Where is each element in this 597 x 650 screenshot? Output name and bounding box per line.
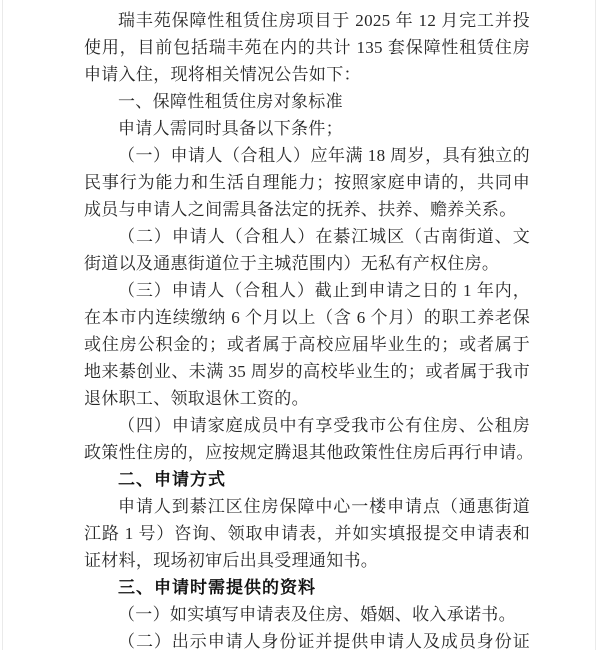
- notice-line: （一）申请人（合租人）应年满 18 周岁，具有独立的: [84, 142, 530, 169]
- notice-line: 证材料，现场初审后出具受理通知书。: [84, 547, 530, 574]
- notice-line: 或住房公积金的；或者属于高校应届毕业生的；或者属于外: [84, 331, 530, 358]
- notice-line: 瑞丰苑保障性租赁住房项目于 2025 年 12 月完工并投入: [84, 7, 530, 34]
- notice-body: 瑞丰苑保障性租赁住房项目于 2025 年 12 月完工并投入 使用，目前包括瑞丰…: [84, 7, 530, 650]
- notice-line: 江路 1 号）咨询、领取申请表，并如实填报提交申请表和佐: [84, 520, 530, 547]
- page-right-edge-line: [595, 0, 596, 650]
- notice-line: （三）申请人（合租人）截止到申请之日的 1 年内，已: [84, 277, 530, 304]
- notice-line: 申请人需同时具备以下条件；: [84, 115, 530, 142]
- section-heading-1: 一、保障性租赁住房对象标准: [84, 88, 530, 115]
- notice-line: （二）申请人（合租人）在綦江城区（古南街道、文龙: [84, 223, 530, 250]
- notice-page: 瑞丰苑保障性租赁住房项目于 2025 年 12 月完工并投入 使用，目前包括瑞丰…: [0, 0, 597, 650]
- notice-line: 退休职工、领取退休工资的。: [84, 385, 530, 412]
- notice-line: 使用，目前包括瑞丰苑在内的共计 135 套保障性租赁住房可: [84, 34, 530, 61]
- page-left-edge-line: [2, 0, 3, 650]
- notice-line: 民事行为能力和生活自理能力；按照家庭申请的，共同申请: [84, 169, 530, 196]
- notice-line: （二）出示申请人身份证并提供申请人及成员身份证复: [84, 628, 530, 650]
- section-heading-2: 二、申请方式: [84, 466, 530, 493]
- notice-line: 申请入住，现将相关情况公告如下：: [84, 61, 530, 88]
- notice-line: 政策性住房的，应按规定腾退其他政策性住房后再行申请。: [84, 439, 530, 466]
- notice-line: （一）如实填写申请表及住房、婚姻、收入承诺书。: [84, 601, 530, 628]
- notice-line: 申请人到綦江区住房保障中心一楼申请点（通惠街道滨: [84, 493, 530, 520]
- section-heading-3: 三、申请时需提供的资料: [84, 574, 530, 601]
- notice-line: 在本市内连续缴纳 6 个月以上（含 6 个月）的职工养老保险: [84, 304, 530, 331]
- notice-line: （四）申请家庭成员中有享受我市公有住房、公租房等: [84, 412, 530, 439]
- notice-line: 成员与申请人之间需具备法定的抚养、扶养、赡养关系。: [84, 196, 530, 223]
- notice-line: 地来綦创业、未满 35 周岁的高校毕业生的；或者属于我市: [84, 358, 530, 385]
- notice-line: 街道以及通惠街道位于主城范围内）无私有产权住房。: [84, 250, 530, 277]
